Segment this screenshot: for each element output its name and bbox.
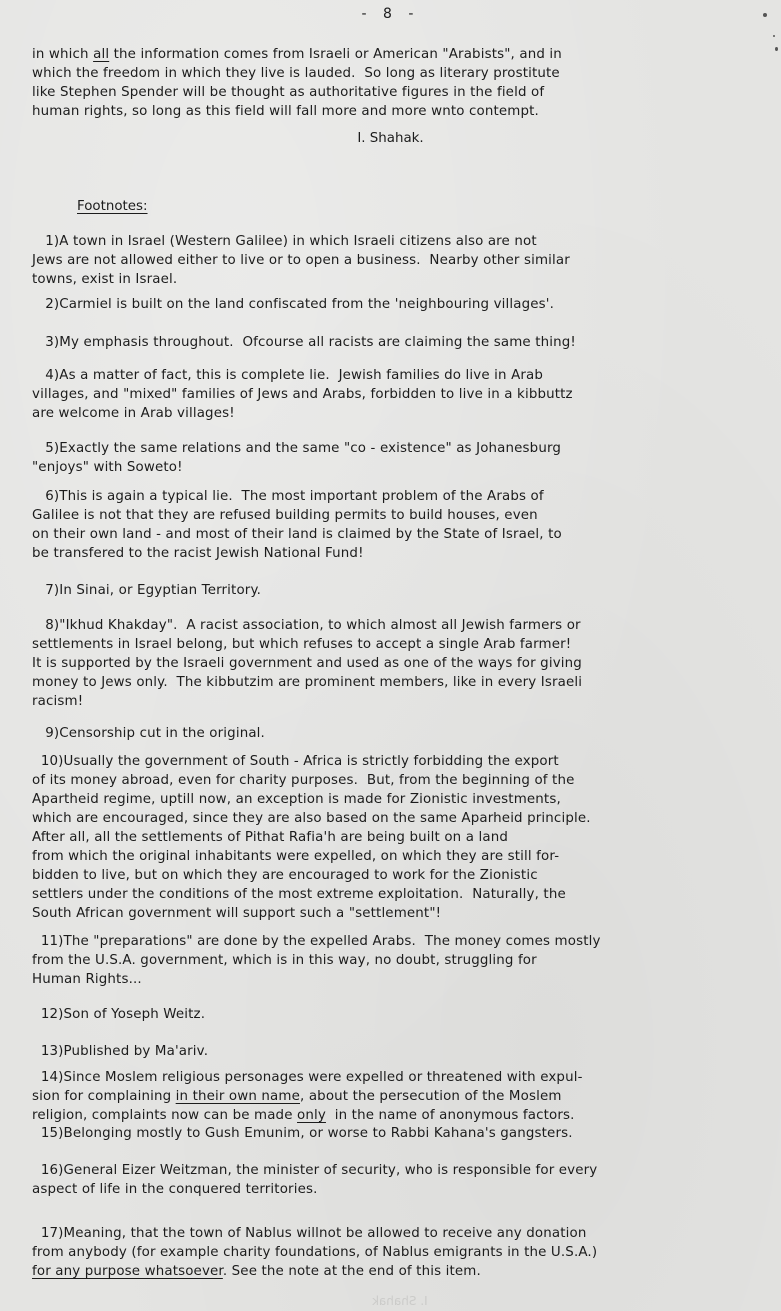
footnote: 7)In Sinai, or Egyptian Territory. [32, 581, 261, 600]
bleed-through-text: I. Shahak [372, 1294, 428, 1308]
text-line: Human Rights... [32, 970, 601, 989]
text-line: settlements in Israel belong, but which … [32, 635, 582, 654]
footnote: 6)This is again a typical lie. The most … [32, 487, 562, 563]
text-line: for any purpose whatsoever. See the note… [32, 1262, 597, 1281]
text-line: "enjoys" with Soweto! [32, 458, 561, 477]
footnote: 11)The "preparations" are done by the ex… [32, 932, 601, 989]
text-line: Apartheid regime, uptill now, an excepti… [32, 790, 591, 809]
page-number: - 8 - [0, 6, 781, 22]
text-line: 5)Exactly the same relations and the sam… [32, 439, 561, 458]
text-line: villages, and "mixed" families of Jews a… [32, 385, 573, 404]
text-line: 11)The "preparations" are done by the ex… [32, 932, 601, 951]
footnote: 13)Published by Ma'ariv. [32, 1042, 208, 1061]
text-line: 7)In Sinai, or Egyptian Territory. [32, 581, 261, 600]
text-line: settlers under the conditions of the mos… [32, 885, 591, 904]
text-line: It is supported by the Israeli governmen… [32, 654, 582, 673]
text-line: 15)Belonging mostly to Gush Emunim, or w… [32, 1124, 573, 1143]
text-line: 6)This is again a typical lie. The most … [32, 487, 562, 506]
scan-speck [773, 35, 775, 37]
footnote: 1)A town in Israel (Western Galilee) in … [32, 232, 570, 289]
text-line: human rights, so long as this field will… [32, 102, 562, 121]
footnote: 4)As a matter of fact, this is complete … [32, 366, 573, 423]
text-line: aspect of life in the conquered territor… [32, 1180, 597, 1199]
footnote: 10)Usually the government of South - Afr… [32, 752, 591, 923]
text-line: South African government will support su… [32, 904, 591, 923]
text-line: racism! [32, 692, 582, 711]
footnote: 12)Son of Yoseph Weitz. [32, 1005, 205, 1024]
text-line: from which the original inhabitants were… [32, 847, 591, 866]
text-line: After all, all the settlements of Pithat… [32, 828, 591, 847]
text-line: from anybody (for example charity founda… [32, 1243, 597, 1262]
text-line: be transfered to the racist Jewish Natio… [32, 544, 562, 563]
text-line: on their own land - and most of their la… [32, 525, 562, 544]
footnote: 9)Censorship cut in the original. [32, 724, 265, 743]
text-line: in which all the information comes from … [32, 45, 562, 64]
footnote: 8)"Ikhud Khakday". A racist association,… [32, 616, 582, 711]
signature: I. Shahak. [0, 131, 781, 146]
text-line: bidden to live, but on which they are en… [32, 866, 591, 885]
text-line: from the U.S.A. government, which is in … [32, 951, 601, 970]
text-line: 8)"Ikhud Khakday". A racist association,… [32, 616, 582, 635]
text-line: 10)Usually the government of South - Afr… [32, 752, 591, 771]
footnotes-heading: Footnotes: [77, 199, 148, 214]
text-line: Galilee is not that they are refused bui… [32, 506, 562, 525]
text-line: 16)General Eizer Weitzman, the minister … [32, 1161, 597, 1180]
text-line: 9)Censorship cut in the original. [32, 724, 265, 743]
document-page: I. Shahak - 8 - in which all the informa… [0, 0, 781, 1311]
text-line: are welcome in Arab villages! [32, 404, 573, 423]
footnote: 15)Belonging mostly to Gush Emunim, or w… [32, 1124, 573, 1143]
text-line: which are encouraged, since they are als… [32, 809, 591, 828]
text-line: like Stephen Spender will be thought as … [32, 83, 562, 102]
text-line: 3)My emphasis throughout. Ofcourse all r… [32, 333, 576, 352]
text-line: 13)Published by Ma'ariv. [32, 1042, 208, 1061]
text-line: towns, exist in Israel. [32, 270, 570, 289]
text-line: 17)Meaning, that the town of Nablus will… [32, 1224, 597, 1243]
scan-speck [775, 47, 778, 51]
text-line: money to Jews only. The kibbutzim are pr… [32, 673, 582, 692]
text-line: which the freedom in which they live is … [32, 64, 562, 83]
footnote: in which all the information comes from … [32, 45, 562, 121]
footnote: 16)General Eizer Weitzman, the minister … [32, 1161, 597, 1199]
text-line: 2)Carmiel is built on the land confiscat… [32, 295, 554, 314]
text-line: of its money abroad, even for charity pu… [32, 771, 591, 790]
underlined-emphasis: all [93, 47, 109, 62]
text-line: 4)As a matter of fact, this is complete … [32, 366, 573, 385]
underlined-emphasis: for any purpose whatsoever [32, 1264, 223, 1279]
text-line: sion for complaining in their own name, … [32, 1087, 583, 1106]
footnote: 2)Carmiel is built on the land confiscat… [32, 295, 554, 314]
underlined-emphasis: only [297, 1108, 326, 1123]
text-line: 12)Son of Yoseph Weitz. [32, 1005, 205, 1024]
text-line: Jews are not allowed either to live or t… [32, 251, 570, 270]
footnote: 3)My emphasis throughout. Ofcourse all r… [32, 333, 576, 352]
underlined-emphasis: in their own name [176, 1089, 300, 1104]
text-line: 1)A town in Israel (Western Galilee) in … [32, 232, 570, 251]
text-line: 14)Since Moslem religious personages wer… [32, 1068, 583, 1087]
footnote: 17)Meaning, that the town of Nablus will… [32, 1224, 597, 1281]
footnote: 14)Since Moslem religious personages wer… [32, 1068, 583, 1125]
text-line: religion, complaints now can be made onl… [32, 1106, 583, 1125]
footnote: 5)Exactly the same relations and the sam… [32, 439, 561, 477]
